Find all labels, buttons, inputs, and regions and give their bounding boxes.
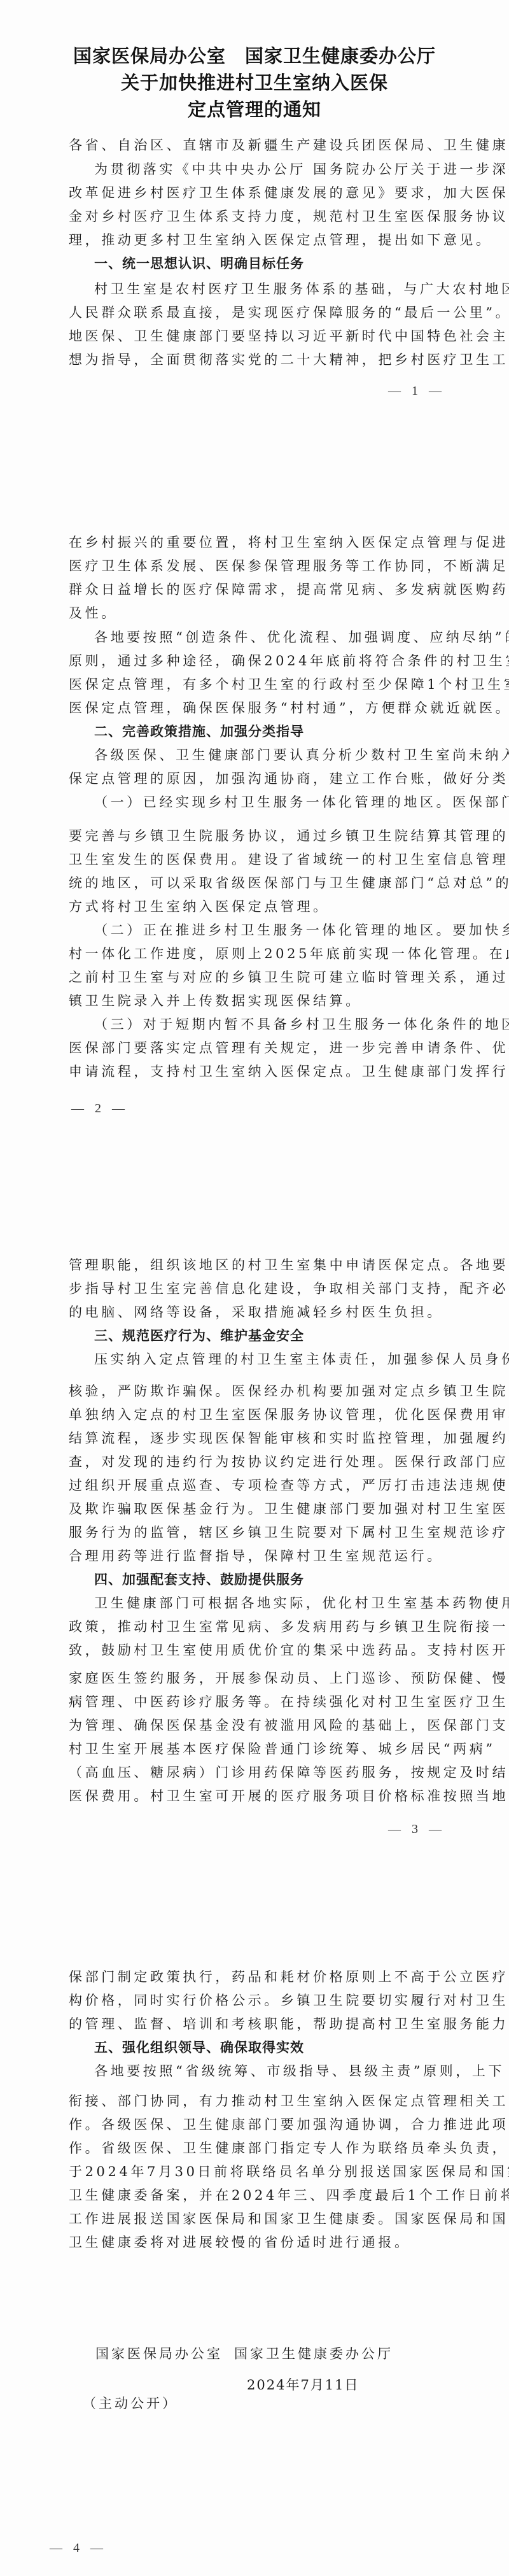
paragraph-line: 衔接、部门协同，有力推动村卫生室纳入医保定点管理相关工 <box>69 2091 447 2111</box>
section-heading-3: 三、规范医疗行为、维护基金安全 <box>94 1326 447 1345</box>
paragraph-line: 合理用药等进行监督指导，保障村卫生室规范运行。 <box>69 1546 447 1566</box>
paragraph-line: 卫生健康委备案，并在2024年三、四季度最后1个工作日前将 <box>69 2186 447 2205</box>
paragraph-line: 村卫生室开展基本医疗保险普通门诊统筹、城乡居民“两病” <box>69 1739 447 1759</box>
paragraph-line: 要完善与乡镇卫生院服务协议，通过乡镇卫生院结算其管理的村 <box>69 826 447 846</box>
paragraph-line: （一）已经实现乡村卫生服务一体化管理的地区。医保部门 <box>94 793 447 812</box>
paragraph-line: 医保定点管理，确保医保服务“村村通”，方便群众就近就医。 <box>69 698 447 718</box>
title-line-2: 关于加快推进村卫生室纳入医保 <box>0 71 509 94</box>
paragraph-line: 地医保、卫生健康部门要坚持以习近平新时代中国特色社会主义思 <box>69 327 447 346</box>
paragraph-line: 各级医保、卫生健康部门要认真分析少数村卫生室尚未纳入医 <box>94 746 447 765</box>
paragraph-line: 病管理、中医药诊疗服务等。在持续强化对村卫生室医疗卫生行 <box>69 1692 447 1711</box>
paragraph-line: 的电脑、网络等设备，采取措施减轻乡村医生负担。 <box>69 1303 447 1322</box>
page-number-2: — 2 — <box>71 1101 129 1116</box>
paragraph-line: 之前村卫生室与对应的乡镇卫生院可建立临时管理关系，通过乡 <box>69 968 447 987</box>
paragraph-line: 保定点管理的原因，加强沟通协商，建立工作台账，做好分类指导。 <box>69 769 447 788</box>
section-heading-2: 二、完善政策措施、加强分类指导 <box>94 722 447 741</box>
paragraph-line: 申请流程，支持村卫生室纳入医保定点。卫生健康部门发挥行业 <box>69 1062 447 1081</box>
paragraph-line: （三）对于短期内暂不具备乡村卫生服务一体化条件的地区。 <box>94 1015 447 1034</box>
title-line-1: 国家医保局办公室 国家卫生健康委办公厅 <box>0 45 509 67</box>
paragraph-line: 卫生室发生的医保费用。建设了省域统一的村卫生室信息管理系 <box>69 850 447 869</box>
issuer-right: 国家卫生健康委办公厅 <box>234 2344 393 2363</box>
paragraph-line: 的管理、监督、培训和考核职能，帮助提高村卫生室服务能力。 <box>69 2014 447 2034</box>
issue-date: 2024年7月11日 <box>247 2375 359 2395</box>
paragraph-line: 各地要按照“省级统筹、市级指导、县级主责”原则，上下 <box>94 2062 447 2081</box>
paragraph-line: 为管理、确保医保基金没有被滥用风险的基础上，医保部门支持 <box>69 1716 447 1735</box>
paragraph-line: 镇卫生院录入并上传数据实现医保结算。 <box>69 991 447 1010</box>
paragraph-line: 各地要按照“创造条件、优化流程、加强调度、应纳尽纳”的 <box>94 628 447 647</box>
paragraph-line: 家庭医生签约服务，开展参保动员、上门巡诊、预防保健、慢性 <box>69 1669 447 1688</box>
paragraph-line: 卫生健康部门可根据各地实际，优化村卫生室基本药物使用 <box>94 1594 447 1613</box>
paragraph-line: 方式将村卫生室纳入医保定点管理。 <box>69 897 447 916</box>
page-number-1: — 1 — <box>388 384 445 399</box>
paragraph-line: 村卫生室是农村医疗卫生服务体系的基础，与广大农村地区 <box>94 280 447 299</box>
paragraph-line: 单独纳入定点的村卫生室医保服务协议管理，优化医保费用审核 <box>69 1405 447 1424</box>
paragraph-line: 为贯彻落实《中共中央办公厅 国务院办公厅关于进一步深化 <box>94 160 447 179</box>
paragraph-line: 工作进展报送国家医保局和国家卫生健康委。国家医保局和国家 <box>69 2209 447 2228</box>
page-number-3: — 3 — <box>388 1822 445 1837</box>
paragraph-line: 群众日益增长的医疗保障需求，提高常见病、多发病就医购药可 <box>69 580 447 599</box>
paragraph-line: 金对乡村医疗卫生体系支持力度，规范村卫生室医保服务协议管 <box>69 207 447 226</box>
disclosure-label: （主动公开） <box>83 2394 178 2413</box>
paragraph-line: 服务行为的监管，辖区乡镇卫生院要对下属村卫生室规范诊疗、 <box>69 1523 447 1542</box>
paragraph-line: 统的地区，可以采取省级医保部门与卫生健康部门“总对总”的 <box>69 874 447 893</box>
paragraph-line: 村一体化工作进度，原则上2025年底前实现一体化管理。在此 <box>69 944 447 963</box>
paragraph-line: 查，对发现的违约行为按协议约定进行处理。医保行政部门应通 <box>69 1452 447 1471</box>
paragraph-line: 想为指导，全面贯彻落实党的二十大精神，把乡村医疗卫生工作摆 <box>69 350 447 369</box>
title-line-3: 定点管理的通知 <box>0 98 509 121</box>
paragraph-line: 卫生健康委将对进展较慢的省份适时进行通报。 <box>69 2233 447 2252</box>
page-number-4: — 4 — <box>50 2541 107 2556</box>
paragraph-line: 改革促进乡村医疗卫生体系健康发展的意见》要求，加大医保基 <box>69 183 447 202</box>
paragraph-line: 构价格，同时实行价格公示。乡镇卫生院要切实履行对村卫生室 <box>69 1991 447 2010</box>
paragraph-line: 医保费用。村卫生室可开展的医疗服务项目价格标准按照当地医 <box>69 1787 447 1806</box>
paragraph-line: 管理职能，组织该地区的村卫生室集中申请医保定点。各地要同 <box>69 1256 447 1275</box>
paragraph-line: 政策，推动村卫生室常见病、多发病用药与乡镇卫生院衔接一 <box>69 1617 447 1636</box>
paragraph-line: 及性。 <box>69 604 447 623</box>
salutation: 各省、自治区、直辖市及新疆生产建设兵团医保局、卫生健康委： <box>69 136 447 155</box>
paragraph-line: 致，鼓励村卫生室使用质优价宜的集采中选药品。支持村医开展 <box>69 1641 447 1660</box>
paragraph-line: 医疗卫生体系发展、医保参保管理服务等工作协同，不断满足农村 <box>69 556 447 576</box>
paragraph-line: （二）正在推进乡村卫生服务一体化管理的地区。要加快乡 <box>94 921 447 940</box>
paragraph-line: 理，推动更多村卫生室纳入医保定点管理，提出如下意见。 <box>69 230 447 250</box>
paragraph-line: 作。省级医保、卫生健康部门指定专人作为联络员牵头负责，并 <box>69 2139 447 2158</box>
paragraph-line: 医保定点管理，有多个村卫生室的行政村至少保障1个村卫生室纳入 <box>69 675 447 694</box>
paragraph-line: 人民群众联系最直接，是实现医疗保障服务的“最后一公里”。各 <box>69 303 447 322</box>
section-heading-4: 四、加强配套支持、鼓励提供服务 <box>94 1570 447 1589</box>
paragraph-line: 结算流程，逐步实现医保智能审核和实时监控管理，加强履约核 <box>69 1429 447 1448</box>
section-heading-5: 五、强化组织领导、确保取得实效 <box>94 2038 447 2057</box>
paragraph-line: 在乡村振兴的重要位置，将村卫生室纳入医保定点管理与促进乡村 <box>69 533 447 552</box>
paragraph-line: 过组织开展重点巡查、专项检查等方式，严厉打击违法违规使用 <box>69 1476 447 1495</box>
paragraph-line: 及欺诈骗取医保基金行为。卫生健康部门要加强对村卫生室医疗 <box>69 1499 447 1518</box>
section-heading-1: 一、统一思想认识、明确目标任务 <box>94 254 447 273</box>
paragraph-line: 保部门制定政策执行，药品和耗材价格原则上不高于公立医疗机 <box>69 1967 447 1986</box>
paragraph-line: 医保部门要落实定点管理有关规定，进一步完善申请条件、优化 <box>69 1038 447 1058</box>
paragraph-line: （高血压、糖尿病）门诊用药保障等医药服务，按规定及时结算 <box>69 1763 447 1782</box>
paragraph-line: 核验，严防欺诈骗保。医保经办机构要加强对定点乡镇卫生院及 <box>69 1382 447 1401</box>
paragraph-line: 步指导村卫生室完善信息化建设，争取相关部门支持，配齐必要 <box>69 1279 447 1298</box>
paragraph-line: 原则，通过多种途径，确保2024年底前将符合条件的村卫生室纳入 <box>69 651 447 670</box>
paragraph-line: 压实纳入定点管理的村卫生室主体责任，加强参保人员身份 <box>94 1350 447 1369</box>
issuer-left: 国家医保局办公室 <box>95 2344 223 2363</box>
paragraph-line: 于2024年7月30日前将联络员名单分别报送国家医保局和国家 <box>69 2162 447 2181</box>
paragraph-line: 作。各级医保、卫生健康部门要加强沟通协调，合力推进此项工 <box>69 2115 447 2134</box>
